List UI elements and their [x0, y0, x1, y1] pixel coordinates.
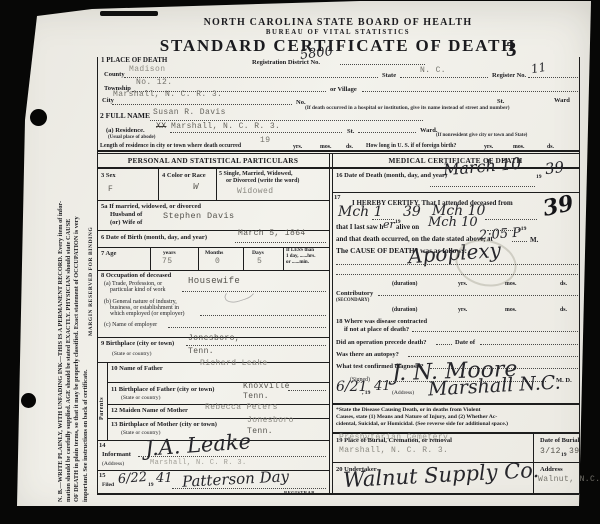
sex-label: 3 Sex: [101, 172, 116, 179]
age-less-note: If LESS than: [286, 248, 314, 254]
father-bp-state-value: Tenn.: [243, 393, 269, 402]
board-title: NORTH CAROLINA STATE BOARD OF HEALTH: [96, 17, 580, 28]
rule: [97, 200, 329, 201]
hole-punch: [30, 109, 47, 126]
age-label: 7 Age: [101, 250, 116, 257]
rule: [158, 169, 159, 200]
birthplace-value: Jonesboro,: [188, 335, 240, 344]
place-of-death-heading: 1 PLACE OF DEATH: [101, 57, 167, 65]
race-value: W: [193, 183, 199, 193]
birthplace-state-label: (State or country): [112, 351, 151, 357]
length-residence-label: Length of residence in city or town wher…: [100, 143, 241, 149]
rule: [172, 488, 326, 489]
rule: [362, 91, 578, 92]
spouse-value: Stephen Davis: [163, 212, 235, 221]
city-value: Marshall, N. C. R. 3.: [113, 91, 222, 100]
attended-from-year: 39: [403, 205, 421, 220]
rule: [358, 132, 416, 133]
residence-st-label: St.: [347, 128, 354, 135]
burial-place-value-2: Marshall, N. C. R. 3.: [339, 447, 448, 456]
hole-punch: [21, 393, 36, 408]
rule: [216, 169, 217, 200]
duration-mos-label-2: mos.: [505, 307, 516, 313]
date-of-death-label: 16 Date of Death (month, day, and year): [336, 172, 447, 179]
ward-label: Ward: [554, 97, 570, 104]
filed-year-value: 41: [156, 472, 173, 486]
occupation-b-label-3: which employed (or employer): [110, 311, 184, 318]
rule: [107, 382, 329, 383]
rule: [430, 186, 535, 187]
wife-of-label: (or) Wife of: [110, 219, 142, 226]
contributory-label: Contributory: [336, 290, 373, 297]
rule: [336, 264, 578, 265]
rule: [243, 247, 244, 270]
operation-label: Did an operation precede death?: [336, 339, 427, 346]
rule: [97, 150, 579, 152]
footnote-line: cidental, Suicidal, or Homicidal. (See r…: [336, 421, 508, 427]
rule: [336, 274, 578, 275]
birthplace-label: 9 Birthplace (city or town): [101, 340, 174, 347]
last-seen-date-value: Mch 10: [428, 216, 478, 230]
alive-on-label: alive on: [396, 224, 419, 232]
undertaker-address-value: Walnut, N.C.: [538, 476, 600, 485]
rule: [97, 493, 579, 495]
state-label: State: [382, 72, 396, 79]
village-label: or Village: [330, 86, 357, 93]
marital-label-2: or Divorced (write the word): [226, 178, 299, 185]
scanned-death-certificate: N. B.—WRITE PLAINLY, WITH UNFADING INK—T…: [0, 0, 600, 524]
father-birthplace-label: 11 Birthplace of Father (city or town): [111, 386, 214, 393]
physician-address-label: (Address): [392, 390, 414, 396]
marital-label: 5 Single, Married, Widowed,: [219, 171, 292, 178]
rule: [378, 295, 578, 296]
margin-note-line: OF DEATH in plain terms, so that it may …: [73, 20, 81, 502]
duration-ds-label-2: ds.: [560, 307, 567, 313]
rule: [332, 403, 579, 405]
informant-address-value: Marshall, N. C. R. 3.: [150, 460, 247, 468]
father-birthplace-value: Knoxville: [243, 383, 290, 392]
age-days-value: 5: [257, 258, 262, 267]
m-label: M.: [530, 237, 538, 245]
burial-19-printed: 19: [561, 452, 567, 458]
last-saw-her: er: [383, 219, 395, 231]
rule: [528, 77, 578, 78]
occupation-a-label-2: particular kind of work: [110, 287, 165, 294]
dob-label: 6 Date of Birth (month, day, and year): [101, 234, 207, 241]
county-value: Madison: [129, 66, 165, 75]
rule: [480, 344, 578, 345]
secondary-label: (SECONDARY): [336, 298, 369, 303]
burial-date-label: Date of Burial: [540, 437, 579, 444]
duration-label: (duration): [392, 281, 417, 287]
duration-yrs-label: yrs.: [458, 281, 467, 287]
parents-group-label: Parents: [99, 397, 106, 420]
rule: [436, 344, 452, 345]
burial-year-value: 39: [569, 448, 579, 457]
mother-name-value: Rebecca Peters: [205, 404, 278, 413]
age-months-value: 0: [215, 258, 220, 267]
duration-label-2: (duration): [392, 307, 417, 313]
husband-of-label: Husband of: [110, 211, 142, 218]
rule: [150, 247, 151, 270]
rule: [112, 104, 292, 105]
rule: [97, 270, 329, 271]
mother-birthplace-value: Jonesboro: [247, 417, 294, 426]
mother-birthplace-label: 13 Birthplace of Mother (city or town): [111, 421, 217, 428]
date-of-label: Date of: [455, 339, 475, 346]
residence-struck-text: XX: [156, 123, 166, 132]
rule: [340, 64, 425, 65]
register-no-label: Register No.: [492, 72, 526, 79]
full-name-value: Susan R. Davis: [153, 109, 226, 118]
marital-value: Widowed: [237, 188, 273, 197]
age-days-label: Days: [252, 250, 264, 256]
hospital-note: (If death occurred in a hospital or inst…: [305, 106, 510, 112]
rule: [186, 345, 326, 346]
length-residence-value: 19: [260, 137, 270, 146]
undertaker-address-label: Address: [540, 466, 563, 473]
duration-mos-label: mos.: [505, 281, 516, 287]
sign-19-printed: , 19: [362, 390, 370, 396]
occupation-heading: 8 Occupation of deceased: [101, 272, 171, 279]
form-number-smudge: [100, 11, 158, 16]
dob-value: March 5, 1864: [238, 230, 306, 239]
rule: [150, 120, 423, 121]
rule: [138, 456, 326, 457]
age-less-note-3: or ......min.: [286, 260, 309, 266]
father-name-label: 10 Name of Father: [111, 365, 163, 372]
rule: [400, 77, 488, 78]
margin-note-line: N. B.—WRITE PLAINLY, WITH UNFADING INK—T…: [57, 20, 65, 502]
register-no-value: 11: [530, 61, 547, 77]
filed-19-printed: 19: [148, 482, 154, 488]
occupation-c-label: (c) Name of employer: [104, 322, 157, 329]
rule: [170, 132, 342, 133]
burial-date-value: 3/12: [540, 448, 561, 457]
age-years-label: years: [163, 250, 176, 256]
autopsy-label: Was there an autopsy?: [336, 351, 399, 358]
informant-address-label: (Address): [102, 461, 124, 467]
rule: [332, 192, 579, 193]
filed-label: Filed: [102, 482, 114, 488]
abode-note: (Usual place of abode): [108, 135, 155, 141]
age-years-value: 75: [162, 258, 172, 267]
foreign-birth-label: How long in U. S. if of foreign birth?: [366, 143, 456, 149]
where-contracted-label-2: if not at place of death?: [344, 326, 409, 333]
race-label: 4 Color or Race: [162, 172, 206, 179]
rule: [485, 219, 537, 220]
mother-bp-state-value: Tenn.: [247, 428, 273, 437]
rule: [200, 315, 326, 316]
rule: [283, 247, 284, 270]
filed-date-value: 6/22: [117, 471, 147, 488]
rule: [107, 362, 108, 440]
father-name-value: Richard Leake: [200, 360, 268, 369]
last-saw-statement: that I last saw h: [336, 224, 383, 232]
age-less-note-2: 1 day, ......hrs.: [286, 254, 315, 260]
rule: [329, 154, 330, 493]
dod-19-printed: 19: [536, 174, 542, 180]
rule: [198, 247, 199, 270]
margin-binding-label: MARGIN RESERVED FOR BINDING: [88, 227, 94, 336]
footnote-line: Causes, state (1) Means and Nature of In…: [336, 414, 497, 420]
attended-to-year-scrawl: 39: [541, 191, 576, 221]
residence-ward-label: Ward.: [420, 127, 438, 134]
rule: [97, 57, 98, 494]
residence-label: (a) Residence.: [106, 127, 145, 134]
residence-value: Marshall, N. C. R. 3.: [171, 123, 280, 132]
rule: [107, 418, 329, 419]
state-value: N. C.: [420, 67, 446, 76]
where-contracted-label: 18 Where was disease contracted: [336, 318, 427, 325]
township-value: No. 12.: [136, 79, 172, 88]
age-months-label: Months: [205, 250, 223, 256]
nonresident-note: (If nonresident give city or town and St…: [436, 133, 527, 139]
occupation-value: Housewife: [188, 277, 240, 287]
st-label: St.: [497, 98, 504, 105]
spouse-label: 5a If married, widowed, or divorced: [101, 203, 201, 210]
rule: [332, 154, 333, 493]
footnote-line: *State the Disease Causing Death, or in …: [336, 407, 481, 413]
date-of-death-year: 39: [544, 159, 565, 178]
physician-sign-year: 41: [374, 380, 391, 394]
margin-note-line: mation should be carefully supplied. AGE…: [65, 20, 73, 502]
county-label: County: [104, 71, 125, 78]
rule: [168, 327, 326, 328]
full-name-label: 2 FULL NAME: [100, 112, 150, 120]
father-bp-state-label: (State or country): [121, 395, 160, 401]
rule: [512, 241, 527, 242]
burial-place-value: Presbyterian Cemetery: [339, 434, 448, 443]
duration-yrs-label-2: yrs.: [458, 307, 467, 313]
sex-value: F: [108, 186, 113, 195]
duration-ds-label: ds.: [560, 281, 567, 287]
informant-number: 14: [99, 442, 106, 449]
informant-label: Informant: [102, 451, 131, 458]
rule: [288, 390, 326, 391]
mother-name-label: 12 Maiden Name of Mother: [111, 407, 188, 414]
item-17-number: 17: [334, 194, 341, 201]
rule: [235, 242, 326, 243]
certificate-number: 3: [506, 38, 517, 61]
filed-number: 15: [99, 472, 106, 479]
rule: [412, 331, 578, 332]
section-header-personal: PERSONAL AND STATISTICAL PARTICULARS: [97, 157, 329, 165]
rule: [579, 57, 580, 494]
birthplace-state-value: Tenn.: [188, 348, 214, 357]
margin-note: N. B.—WRITE PLAINLY, WITH UNFADING INK—T…: [57, 20, 90, 502]
